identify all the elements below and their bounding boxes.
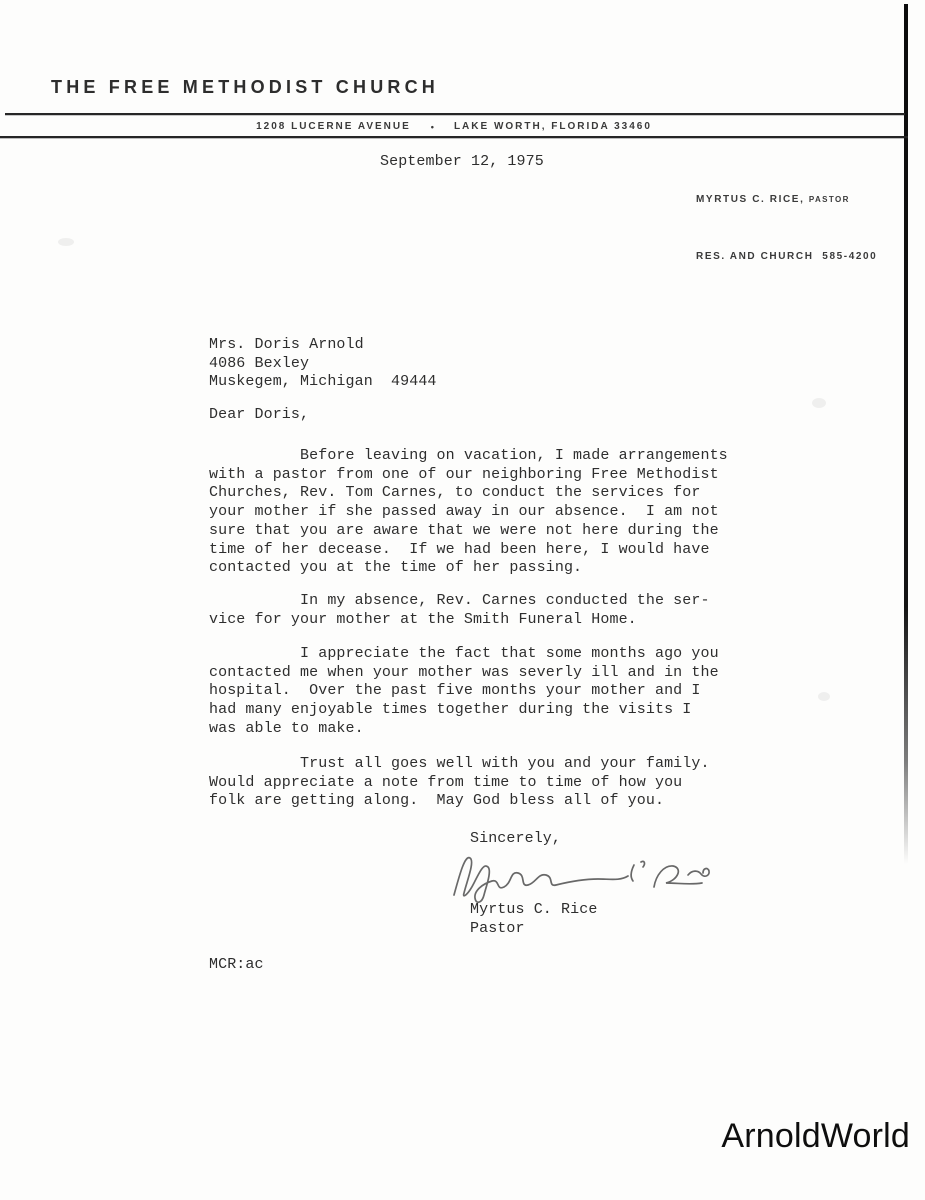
letter-date: September 12, 1975 <box>380 153 544 172</box>
scan-edge-line <box>904 4 908 864</box>
body-paragraph-1: Before leaving on vacation, I made arran… <box>209 447 728 578</box>
scan-speckle <box>812 398 826 408</box>
scan-speckle <box>58 238 74 246</box>
letterhead-city-state-zip: LAKE WORTH, FLORIDA 33460 <box>454 121 652 132</box>
letterhead-org-name: THE FREE METHODIST CHURCH <box>51 77 439 98</box>
pastor-line: MYRTUS C. RICE, PASTOR <box>696 190 877 209</box>
watermark-text: ArnoldWorld <box>710 1117 910 1156</box>
typist-reference: MCR:ac <box>209 956 264 975</box>
letterhead-rule-bottom <box>0 136 908 138</box>
signature-typed-name: Myrtus C. Rice <box>470 901 597 920</box>
scan-speckle <box>818 692 830 701</box>
signature-typed-title: Pastor <box>470 920 525 939</box>
letterhead-street: 1208 LUCERNE AVENUE <box>256 121 411 132</box>
handwritten-signature <box>448 843 718 905</box>
letterhead-rule-top <box>5 113 905 115</box>
pastor-title: PASTOR <box>809 195 850 204</box>
body-paragraph-2: In my absence, Rev. Carnes conducted the… <box>209 592 710 629</box>
body-paragraph-3: I appreciate the fact that some months a… <box>209 645 719 739</box>
phone-line: RES. AND CHURCH 585-4200 <box>696 247 877 266</box>
letterhead-contact-block: MYRTUS C. RICE, PASTOR RES. AND CHURCH 5… <box>696 152 877 304</box>
letterhead-address-strip: 1208 LUCERNE AVENUE • LAKE WORTH, FLORID… <box>0 121 908 132</box>
pastor-name: MYRTUS C. RICE, <box>696 194 804 205</box>
bullet-separator-icon: • <box>431 122 434 132</box>
recipient-address-block: Mrs. Doris Arnold 4086 Bexley Muskegem, … <box>209 336 437 392</box>
salutation: Dear Doris, <box>209 406 309 425</box>
body-paragraph-4: Trust all goes well with you and your fa… <box>209 755 710 811</box>
scanned-letter-page: THE FREE METHODIST CHURCH 1208 LUCERNE A… <box>0 0 925 1200</box>
